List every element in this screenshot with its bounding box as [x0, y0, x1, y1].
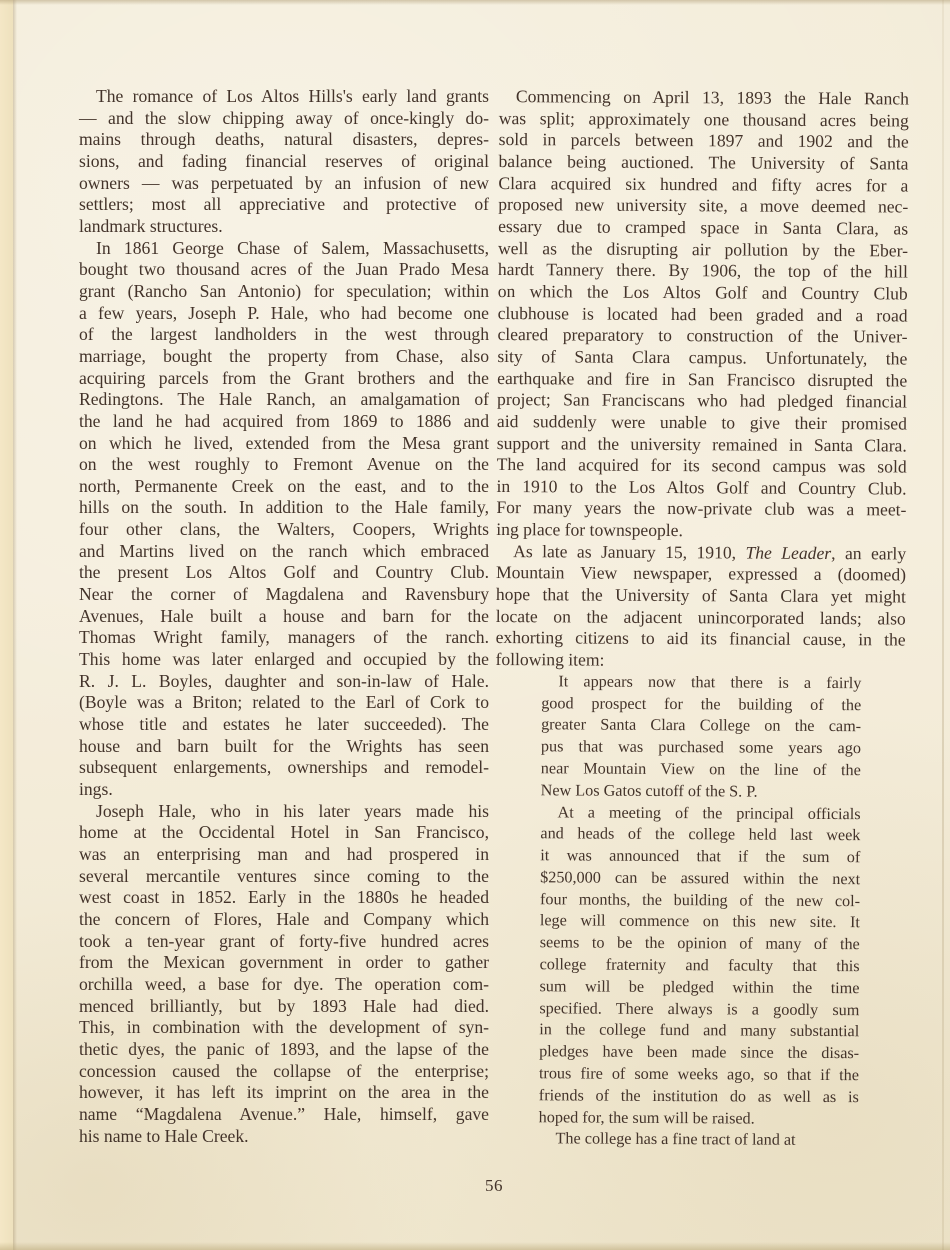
- text-line: $250,000 can be assured within the next: [540, 867, 860, 891]
- text-line: on which the Los Altos Golf and Country …: [498, 281, 908, 305]
- text-segment: the present Los Altos Golf and Country C…: [79, 562, 489, 582]
- text-segment: acquiring parcels from the Grant brother…: [79, 368, 489, 388]
- text-segment: took a ten-year grant of forty-five hund…: [79, 931, 489, 951]
- text-segment: seems to be the opinion of many of the: [540, 934, 860, 954]
- text-segment: hope that the University of Santa Clara …: [496, 584, 906, 607]
- text-segment: pus that was purchased some years ago: [541, 737, 861, 757]
- text-segment: specified. There always is a goodly sum: [539, 999, 859, 1019]
- text-line: near Mountain View on the line of the: [541, 758, 861, 782]
- text-line: As late as January 15, 1910, The Leader,…: [496, 541, 906, 565]
- text-line: four other clans, the Walters, Coopers, …: [79, 519, 489, 541]
- text-segment: Commencing on April 13, 1893 the Hale Ra…: [516, 86, 909, 108]
- text-segment: several mercantile ventures since coming…: [79, 866, 489, 886]
- text-segment: friends of the institution do as well as…: [539, 1086, 859, 1106]
- text-segment: bought two thousand acres of the Juan Pr…: [79, 259, 489, 279]
- text-line: In 1861 George Chase of Salem, Massachus…: [79, 238, 489, 260]
- text-line: good prospect for the building of the: [541, 693, 861, 717]
- text-line: thetic dyes, the panic of 1893, and the …: [79, 1039, 489, 1061]
- text-segment: however, it has left its imprint on the …: [79, 1082, 489, 1102]
- text-segment: The romance of Los Altos Hills's early l…: [96, 86, 489, 106]
- text-line: For many years the now-private club was …: [496, 497, 906, 521]
- paragraph: It appears now that there is a fairlygoo…: [541, 671, 862, 804]
- text-segment: R. J. L. Boyles, daughter and son-in-law…: [79, 671, 489, 691]
- text-segment: Clara acquired six hundred and fifty acr…: [498, 173, 908, 196]
- text-segment: clubhouse is located had been graded and…: [498, 303, 908, 326]
- text-segment: from the Mexican government in order to …: [79, 952, 489, 972]
- text-segment: sum will be pledged within the time: [539, 977, 859, 997]
- text-line: bought two thousand acres of the Juan Pr…: [79, 259, 489, 281]
- text-line: hope that the University of Santa Clara …: [496, 584, 906, 608]
- text-line: New Los Gatos cutoff of the S. P.: [541, 780, 861, 804]
- text-segment: grant (Rancho San Antonio) for speculati…: [79, 281, 489, 301]
- text-line: The romance of Los Altos Hills's early l…: [79, 86, 489, 108]
- text-segment: New Los Gatos cutoff of the S. P.: [541, 781, 758, 800]
- text-line: well as the disrupting air pollution by …: [498, 238, 908, 262]
- text-segment: support and the university remained in S…: [497, 432, 907, 455]
- text-line: the present Los Altos Golf and Country C…: [79, 562, 489, 584]
- text-line: four months, the building of the new col…: [540, 889, 860, 913]
- text-segment: In 1861 George Chase of Salem, Massachus…: [96, 238, 489, 258]
- text-line: following item:: [495, 649, 905, 673]
- text-segment: It appears now that there is a fairly: [558, 672, 861, 692]
- text-segment: mains through deaths, natural disasters,…: [79, 129, 489, 149]
- paragraph: Joseph Hale, who in his later years made…: [79, 801, 489, 1148]
- text-line: sum will be pledged within the time: [539, 976, 859, 1000]
- text-segment: concession caused the collapse of the en…: [79, 1061, 489, 1081]
- text-segment: earthquake and fire in San Francisco dis…: [497, 368, 907, 391]
- text-line: orchilla weed, a base for dye. The opera…: [79, 974, 489, 996]
- text-line: pledges have been made since the disas-: [539, 1042, 859, 1066]
- text-line: west coast in 1852. Early in the 1880s h…: [79, 887, 489, 909]
- text-segment: locate on the adjacent unincorporated la…: [496, 606, 906, 629]
- text-line: the land he had acquired from 1869 to 18…: [79, 411, 489, 433]
- text-segment: house and barn built for the Wrights has…: [79, 736, 489, 756]
- text-line: The college has a fine tract of land at: [538, 1129, 858, 1153]
- text-line: R. J. L. Boyles, daughter and son-in-law…: [79, 671, 489, 693]
- book-page: The romance of Los Altos Hills's early l…: [0, 0, 950, 1250]
- text-segment: owners — was perpetuated by an infusion …: [79, 173, 489, 193]
- text-segment: and heads of the college held last week: [540, 825, 860, 845]
- text-line: sity of Santa Clara campus. Unfortunatel…: [497, 346, 907, 370]
- text-line: cleared preparatory to construction of t…: [497, 324, 907, 348]
- text-segment: north, Permanente Creek on the east, and…: [79, 476, 489, 496]
- text-segment: This, in combination with the developmen…: [79, 1017, 489, 1037]
- text-segment: following item:: [495, 649, 604, 670]
- text-segment: on the west roughly to Fremont Avenue on…: [79, 454, 489, 474]
- text-line: in 1910 to the Los Altos Golf and Countr…: [496, 476, 906, 500]
- text-segment: hills on the south. In addition to the H…: [79, 497, 489, 517]
- text-line: trous fire of some weeks ago, so that if…: [539, 1063, 859, 1087]
- text-line: subsequent enlargements, ownerships and …: [79, 757, 489, 779]
- text-segment: exhorting citizens to aid its financial …: [496, 627, 906, 650]
- text-line: At a meeting of the principal officials: [540, 802, 860, 826]
- text-line: several mercantile ventures since coming…: [79, 866, 489, 888]
- page-right-edge-crease: [942, 0, 944, 1250]
- text-line: seems to be the opinion of many of the: [540, 933, 860, 957]
- text-line: Mountain View newspaper, expressed a (do…: [496, 562, 906, 586]
- text-segment: was split; approximately one thousand ac…: [499, 108, 909, 131]
- text-line: pus that was purchased some years ago: [541, 736, 861, 760]
- text-segment: marriage, bought the property from Chase…: [79, 346, 489, 366]
- text-line: house and barn built for the Wrights has…: [79, 736, 489, 758]
- text-line: Clara acquired six hundred and fifty acr…: [498, 173, 908, 197]
- text-line: balance being auctioned. The University …: [498, 151, 908, 175]
- text-segment: good prospect for the building of the: [541, 694, 861, 714]
- text-line: aid suddenly were unable to give their p…: [497, 411, 907, 435]
- text-segment: settlers; most all appreciative and prot…: [79, 194, 489, 214]
- text-segment: sold in parcels between 1897 and 1902 an…: [499, 129, 909, 152]
- text-line: Redingtons. The Hale Ranch, an amalgamat…: [79, 389, 489, 411]
- text-line: and heads of the college held last week: [540, 824, 860, 848]
- text-segment: The college has a fine tract of land at: [556, 1130, 796, 1149]
- text-line: the concern of Flores, Hale and Company …: [79, 909, 489, 931]
- page-left-edge: [0, 0, 13, 1250]
- text-line: Thomas Wright family, managers of the ra…: [79, 627, 489, 649]
- text-line: Commencing on April 13, 1893 the Hale Ra…: [499, 86, 909, 110]
- paragraph: At a meeting of the principal officialsa…: [539, 802, 861, 1131]
- text-segment: orchilla weed, a base for dye. The opera…: [79, 974, 489, 994]
- text-line: Near the corner of Magdalena and Ravensb…: [79, 584, 489, 606]
- text-segment: ings.: [79, 779, 113, 799]
- text-line: sions, and fading financial reserves of …: [79, 151, 489, 173]
- text-line: was split; approximately one thousand ac…: [499, 108, 909, 132]
- text-line: in the college fund and many substantial: [539, 1020, 859, 1044]
- text-line: took a ten-year grant of forty-five hund…: [79, 931, 489, 953]
- text-segment: At a meeting of the principal officials: [558, 803, 861, 823]
- text-line: (Boyle was a Briton; related to the Earl…: [79, 692, 489, 714]
- text-segment: home at the Occidental Hotel in San Fran…: [79, 822, 489, 842]
- text-segment: well as the disrupting air pollution by …: [498, 238, 908, 261]
- text-segment: and Martins lived on the ranch which emb…: [79, 541, 489, 561]
- text-line: however, it has left its imprint on the …: [79, 1082, 489, 1104]
- text-line: locate on the adjacent unincorporated la…: [496, 606, 906, 630]
- text-segment: project; San Franciscans who had pledged…: [497, 389, 907, 412]
- text-line: Avenues, Hale built a house and barn for…: [79, 606, 489, 628]
- text-segment: the land he had acquired from 1869 to 18…: [79, 411, 489, 431]
- text-line: home at the Occidental Hotel in San Fran…: [79, 822, 489, 844]
- text-segment: , an early: [831, 543, 906, 563]
- text-segment: Near the corner of Magdalena and Ravensb…: [79, 584, 489, 604]
- text-segment: pledges have been made since the disas-: [539, 1043, 859, 1063]
- text-line: lege will commence on this new site. It: [540, 911, 860, 935]
- text-line: The land acquired for its second campus …: [497, 454, 907, 478]
- text-line: was an enterprising man and had prospere…: [79, 844, 489, 866]
- text-segment: Avenues, Hale built a house and barn for…: [79, 606, 489, 626]
- text-segment: sity of Santa Clara campus. Unfortunatel…: [497, 346, 907, 369]
- text-line: mains through deaths, natural disasters,…: [79, 129, 489, 151]
- text-line: on the west roughly to Fremont Avenue on…: [79, 454, 489, 476]
- text-segment: aid suddenly were unable to give their p…: [497, 411, 907, 434]
- text-line: hoped for, the sum will be raised.: [539, 1107, 859, 1131]
- text-line: acquiring parcels from the Grant brother…: [79, 368, 489, 390]
- text-line: his name to Hale Creek.: [79, 1126, 489, 1148]
- left-column: The romance of Los Altos Hills's early l…: [79, 86, 489, 1147]
- text-segment: on which the Los Altos Golf and Country …: [498, 281, 908, 304]
- text-segment: — and the slow chipping away of once-kin…: [79, 108, 489, 128]
- text-line: It appears now that there is a fairly: [541, 671, 861, 695]
- text-line: exhorting citizens to aid its financial …: [496, 627, 906, 651]
- text-segment: hardt Tannery there. By 1906, the top of…: [498, 259, 908, 282]
- text-segment: essary due to cramped space in Santa Cla…: [498, 216, 908, 239]
- page-top-edge: [0, 0, 950, 5]
- text-segment: on which he lived, extended from the Mes…: [79, 433, 489, 453]
- text-line: of the largest landholders in the west t…: [79, 324, 489, 346]
- text-segment: his name to Hale Creek.: [79, 1126, 249, 1146]
- text-segment: near Mountain View on the line of the: [541, 759, 861, 779]
- text-segment: name “Magdalena Avenue.” Hale, himself, …: [79, 1104, 489, 1124]
- text-segment: Mountain View newspaper, expressed a (do…: [496, 562, 906, 585]
- text-segment: was an enterprising man and had prospere…: [79, 844, 489, 864]
- text-line: sold in parcels between 1897 and 1902 an…: [499, 129, 909, 153]
- text-line: ing place for townspeople.: [496, 519, 906, 543]
- text-line: This home was later enlarged and occupie…: [79, 649, 489, 671]
- paragraph: In 1861 George Chase of Salem, Massachus…: [79, 238, 489, 801]
- page-left-edge-shadow: [13, 0, 17, 1250]
- text-segment: in 1910 to the Los Altos Golf and Countr…: [496, 476, 906, 499]
- text-line: — and the slow chipping away of once-kin…: [79, 108, 489, 130]
- text-line: friends of the institution do as well as…: [539, 1085, 859, 1109]
- text-segment: This home was later enlarged and occupie…: [79, 649, 489, 669]
- text-segment: For many years the now-private club was …: [496, 497, 906, 520]
- text-segment: west coast in 1852. Early in the 1880s h…: [79, 887, 489, 907]
- text-segment: lege will commence on this new site. It: [540, 912, 860, 932]
- text-line: support and the university remained in S…: [497, 432, 907, 456]
- text-segment: ing place for townspeople.: [496, 519, 683, 540]
- text-line: greater Santa Clara College on the cam-: [541, 715, 861, 739]
- text-line: ings.: [79, 779, 489, 801]
- text-segment: sions, and fading financial reserves of …: [79, 151, 489, 171]
- page-number: 56: [79, 1176, 909, 1196]
- text-segment: balance being auctioned. The University …: [498, 151, 908, 174]
- text-segment: The land acquired for its second campus …: [497, 454, 907, 477]
- text-segment: thetic dyes, the panic of 1893, and the …: [79, 1039, 489, 1059]
- italic-text: The Leader: [745, 542, 831, 563]
- text-segment: (Boyle was a Briton; related to the Earl…: [79, 692, 489, 712]
- text-line: proposed new university site, a move dee…: [498, 194, 908, 218]
- text-segment: hoped for, the sum will be raised.: [539, 1108, 755, 1127]
- text-line: on which he lived, extended from the Mes…: [79, 433, 489, 455]
- text-line: hardt Tannery there. By 1906, the top of…: [498, 259, 908, 283]
- text-segment: landmark structures.: [79, 216, 223, 236]
- text-segment: college fraternity and faculty that this: [540, 955, 860, 975]
- paragraph: The romance of Los Altos Hills's early l…: [79, 86, 489, 238]
- text-segment: a few years, Joseph P. Hale, who had bec…: [79, 303, 489, 323]
- text-line: college fraternity and faculty that this: [540, 954, 860, 978]
- text-segment: trous fire of some weeks ago, so that if…: [539, 1064, 859, 1084]
- text-segment: in the college fund and many substantial: [539, 1021, 859, 1041]
- text-line: clubhouse is located had been graded and…: [498, 303, 908, 327]
- text-segment: four months, the building of the new col…: [540, 890, 860, 910]
- right-column: Commencing on April 13, 1893 the Hale Ra…: [492, 86, 908, 1153]
- text-segment: of the largest landholders in the west t…: [79, 324, 489, 344]
- text-segment: subsequent enlargements, ownerships and …: [79, 757, 489, 777]
- text-segment: four other clans, the Walters, Coopers, …: [79, 519, 489, 539]
- paragraph: As late as January 15, 1910, The Leader,…: [495, 541, 906, 673]
- text-line: north, Permanente Creek on the east, and…: [79, 476, 489, 498]
- text-line: grant (Rancho San Antonio) for speculati…: [79, 281, 489, 303]
- text-line: menced brilliantly, but by 1893 Hale had…: [79, 996, 489, 1018]
- text-line: it was announced that if the sum of: [540, 845, 860, 869]
- text-line: owners — was perpetuated by an infusion …: [79, 173, 489, 195]
- text-line: specified. There always is a goodly sum: [539, 998, 859, 1022]
- text-segment: menced brilliantly, but by 1893 Hale had…: [79, 996, 489, 1016]
- text-segment: Thomas Wright family, managers of the ra…: [79, 627, 489, 647]
- text-line: landmark structures.: [79, 216, 489, 238]
- text-segment: Redingtons. The Hale Ranch, an amalgamat…: [79, 389, 489, 409]
- text-line: settlers; most all appreciative and prot…: [79, 194, 489, 216]
- text-line: This, in combination with the developmen…: [79, 1017, 489, 1039]
- text-segment: Joseph Hale, who in his later years made…: [96, 801, 489, 821]
- text-segment: greater Santa Clara College on the cam-: [541, 716, 861, 736]
- text-segment: the concern of Flores, Hale and Company …: [79, 909, 489, 929]
- text-segment: $250,000 can be assured within the next: [540, 868, 860, 888]
- text-line: from the Mexican government in order to …: [79, 952, 489, 974]
- text-line: essary due to cramped space in Santa Cla…: [498, 216, 908, 240]
- paragraph: The college has a fine tract of land at: [538, 1129, 858, 1153]
- text-segment: cleared preparatory to construction of t…: [497, 324, 907, 347]
- text-line: and Martins lived on the ranch which emb…: [79, 541, 489, 563]
- text-segment: proposed new university site, a move dee…: [498, 194, 908, 217]
- text-line: whose title and estates he later succeed…: [79, 714, 489, 736]
- text-line: a few years, Joseph P. Hale, who had bec…: [79, 303, 489, 325]
- text-segment: As late as January 15, 1910,: [513, 541, 745, 562]
- text-line: Joseph Hale, who in his later years made…: [79, 801, 489, 823]
- block-quote: It appears now that there is a fairlygoo…: [538, 671, 861, 1152]
- text-line: project; San Franciscans who had pledged…: [497, 389, 907, 413]
- paragraph: Commencing on April 13, 1893 the Hale Ra…: [496, 86, 909, 543]
- text-segment: whose title and estates he later succeed…: [79, 714, 489, 734]
- right-column-body: Commencing on April 13, 1893 the Hale Ra…: [495, 86, 909, 673]
- text-segment: it was announced that if the sum of: [540, 846, 860, 866]
- text-line: name “Magdalena Avenue.” Hale, himself, …: [79, 1104, 489, 1126]
- text-line: marriage, bought the property from Chase…: [79, 346, 489, 368]
- text-line: earthquake and fire in San Francisco dis…: [497, 368, 907, 392]
- page-bottom-edge: [0, 1242, 950, 1250]
- text-line: concession caused the collapse of the en…: [79, 1061, 489, 1083]
- text-line: hills on the south. In addition to the H…: [79, 497, 489, 519]
